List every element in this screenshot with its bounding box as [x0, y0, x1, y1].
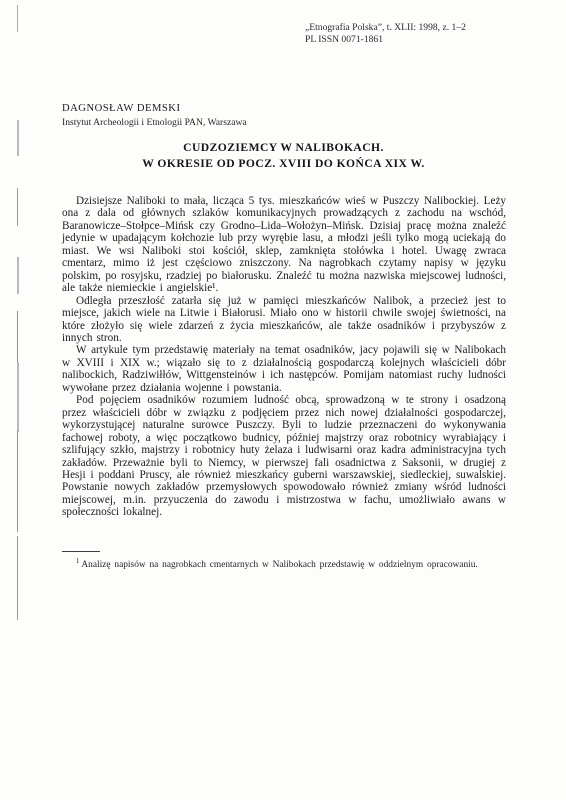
- scan-artifact: [17, 362, 19, 432]
- journal-issn: PL ISSN 0071-1861: [305, 34, 466, 46]
- article-title-line2: W OKRESIE OD POCZ. XVIII DO KOŃCA XIX W.: [142, 157, 425, 170]
- footnote-rule: [62, 551, 100, 552]
- scan-artifact: [17, 5, 18, 32]
- paragraph-1: Dzisiejsze Naliboki to mała, licząca 5 t…: [62, 195, 506, 295]
- journal-page: „Etnografia Polska”, t. XLII: 1998, z. 1…: [0, 0, 566, 800]
- scan-artifact: [17, 257, 19, 294]
- journal-masthead: „Etnografia Polska”, t. XLII: 1998, z. 1…: [305, 22, 466, 46]
- author-block: DAGNOSŁAW DEMSKI Instytut Archeologii i …: [62, 103, 247, 128]
- article-body: Dzisiejsze Naliboki to mała, licząca 5 t…: [62, 195, 506, 519]
- paragraph-2: Odległa przeszłość zatarła się już w pam…: [62, 295, 506, 345]
- author-name: DAGNOSŁAW DEMSKI: [62, 103, 247, 114]
- author-affiliation: Instytut Archeologii i Etnologii PAN, Wa…: [62, 117, 247, 128]
- footnote-marker: 1: [76, 558, 79, 565]
- journal-citation: „Etnografia Polska”, t. XLII: 1998, z. 1…: [305, 22, 466, 34]
- article-title: CUDZOZIEMCY W NALIBOKACH. W OKRESIE OD P…: [61, 140, 506, 171]
- scan-artifact: [17, 536, 18, 620]
- article-title-line1: CUDZOZIEMCY W NALIBOKACH.: [183, 141, 384, 154]
- scan-artifact: [17, 120, 19, 156]
- paragraph-3: W artykule tym przedstawię materiały na …: [62, 344, 506, 394]
- paragraph-4: Pod pojęciem osadników rozumiem ludność …: [62, 394, 506, 519]
- scan-artifact: [17, 188, 18, 226]
- footnote: 1Analizę napisów na nagrobkach cmentarny…: [62, 556, 506, 572]
- scan-artifact: [17, 431, 18, 532]
- footnote-text: Analizę napisów na nagrobkach cmentarnyc…: [81, 560, 477, 570]
